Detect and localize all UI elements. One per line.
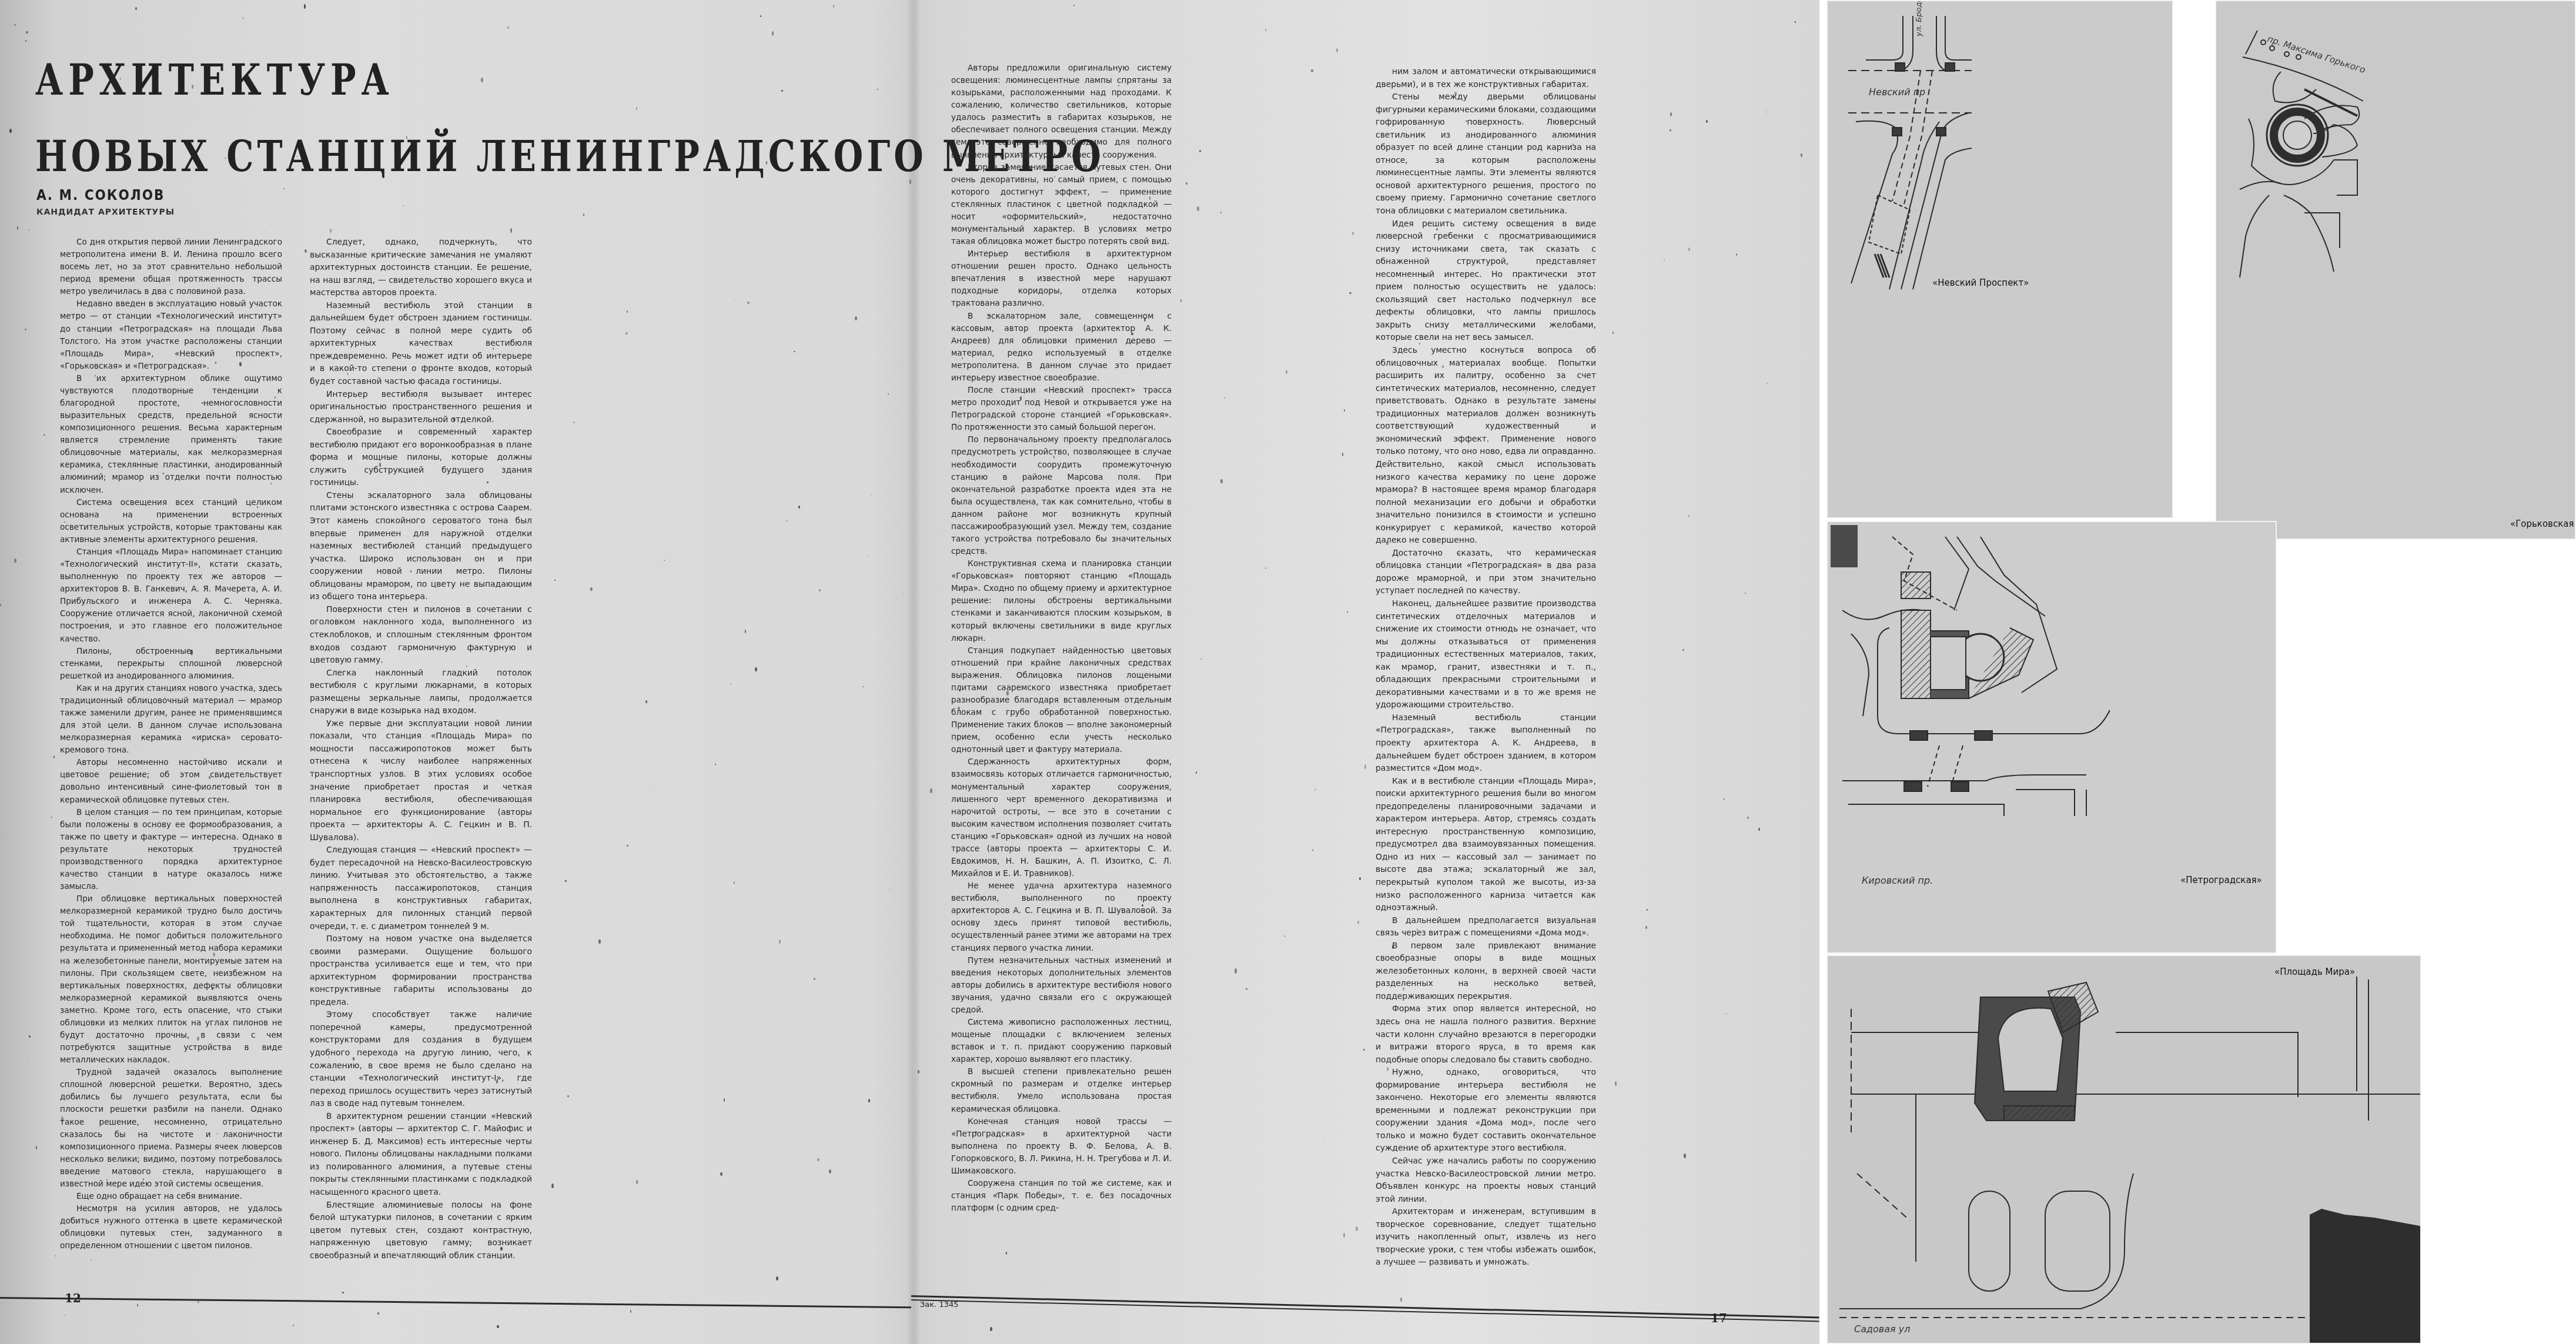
divider <box>2173 0 2215 521</box>
footer-rule-right-double <box>911 1299 1819 1322</box>
scan-speck <box>1423 273 1424 278</box>
scan-speck <box>137 1304 138 1306</box>
scan-speck <box>1647 909 1648 911</box>
scan-speck <box>798 506 800 509</box>
paragraph: Наконец, дальнейшее развитие производств… <box>1376 598 1596 712</box>
paragraph: В эскалаторном зале, совмещенном с кассо… <box>951 310 1172 385</box>
scan-speck <box>990 1327 992 1331</box>
text-column-2: Следует, однако, подчеркнуть, что высказ… <box>310 236 532 1262</box>
paragraph: При облицовке вертикальных поверхностей … <box>60 893 282 1066</box>
scan-speck <box>1344 409 1345 412</box>
scan-speck <box>1670 129 1671 131</box>
scan-speck <box>645 700 647 703</box>
scan-speck <box>755 667 757 671</box>
scan-speck <box>819 589 821 591</box>
scan-speck <box>1442 365 1443 368</box>
scan-speck <box>654 785 654 787</box>
scan-speck <box>419 397 420 400</box>
scan-speck <box>1419 343 1420 345</box>
paragraph: Сооружена станция по той же системе, как… <box>951 1178 1172 1215</box>
scan-speck <box>734 881 735 884</box>
paragraph: Поэтому на новом участке она выделяется … <box>310 933 532 1009</box>
scan-speck <box>817 1158 819 1162</box>
paragraph: Интерьер вестибюля в архитектурном отнош… <box>951 248 1172 310</box>
scan-speck <box>1311 69 1313 72</box>
scan-speck <box>1688 515 1690 518</box>
scan-speck <box>1246 988 1247 989</box>
scan-speck <box>274 396 276 399</box>
paragraph: Со дня открытия первой линии Ленинградск… <box>60 236 282 298</box>
scan-speck <box>1403 987 1404 991</box>
figure-caption-ploshchad-mira: «Площадь Мира» <box>2274 967 2355 977</box>
scan-speck <box>868 556 869 556</box>
scan-speck <box>1417 929 1418 930</box>
scan-speck <box>1615 1081 1617 1086</box>
scan-speck <box>441 700 442 701</box>
scan-speck <box>1359 877 1361 880</box>
scan-speck <box>1131 333 1133 335</box>
paragraph: Наземный вестибюль станции «Петроградска… <box>1376 712 1596 775</box>
scan-speck <box>829 1169 831 1174</box>
paragraph: Достаточно сказать, что керамическая обл… <box>1376 547 1596 598</box>
scan-speck <box>1767 383 1768 384</box>
scan-speck <box>36 1146 37 1149</box>
scan-speck <box>1736 253 1737 255</box>
scan-speck <box>1323 1141 1324 1141</box>
scan-speck <box>283 188 285 189</box>
scan-speck <box>65 1315 65 1316</box>
scan-speck <box>9 129 12 133</box>
scan-speck <box>868 1099 871 1102</box>
scan-speck <box>500 1247 502 1251</box>
scan-speck <box>1386 541 1389 545</box>
scan-speck <box>1347 611 1347 613</box>
scan-speck <box>1525 392 1527 393</box>
scan-speck <box>1664 260 1665 261</box>
scan-speck <box>1684 1154 1686 1158</box>
paragraph: Несмотря на усилия авторов, не удалось д… <box>60 1203 282 1252</box>
scan-speck <box>1726 1014 1727 1014</box>
street-label-nevsky: Невский пр <box>1869 86 1925 98</box>
scan-speck <box>1006 1252 1008 1255</box>
scan-speck <box>779 940 781 944</box>
paragraph: Наземный вестибюль этой станции в дальне… <box>310 300 532 389</box>
scan-speck <box>95 1181 96 1181</box>
scan-speck <box>1343 1233 1345 1238</box>
footer-rule-left <box>0 1297 911 1308</box>
paragraph: В высшей степени привлекательно решен ск… <box>951 1066 1172 1115</box>
scan-speck <box>197 1037 199 1041</box>
scan-speck <box>871 495 872 496</box>
scan-speck <box>889 889 890 890</box>
paragraph: Поверхности стен и пилонов в сочетании с… <box>310 604 532 667</box>
scan-speck <box>1400 1298 1402 1302</box>
paragraph: Сдержанность архитектурных форм, взаимос… <box>951 756 1172 880</box>
street-label-sadovaya: Садовая ул <box>1854 1323 1910 1335</box>
scan-speck <box>636 107 637 110</box>
scan-speck <box>406 136 408 139</box>
paragraph: Система живописно расположенных лестниц,… <box>951 1017 1172 1066</box>
scan-speck <box>776 1276 778 1281</box>
paragraph: Стены между дверьми облицованы фигурными… <box>1376 91 1596 218</box>
scan-speck <box>293 1325 294 1326</box>
scan-speck <box>1645 926 1647 929</box>
scan-speck <box>190 921 192 922</box>
scan-speck <box>162 473 165 474</box>
scan-speck <box>903 594 904 595</box>
paragraph: Нужно, однако, оговориться, что формиров… <box>1376 1066 1596 1155</box>
scan-speck <box>958 707 959 710</box>
street-label-kirovsky: Кировский пр. <box>1862 875 1933 886</box>
scan-speck <box>1395 889 1396 891</box>
scan-speck <box>29 229 29 231</box>
scan-speck <box>493 347 494 350</box>
scan-speck <box>786 520 788 521</box>
scan-speck <box>209 776 210 778</box>
paragraph: В целом станция — по тем принципам, кото… <box>60 807 282 894</box>
site-plan-gorkovskaya-icon <box>2216 1 2576 540</box>
footer-rule-right <box>911 1295 1819 1318</box>
scan-speck <box>1724 798 1725 800</box>
scan-speck <box>106 1179 107 1181</box>
scan-speck <box>1363 1049 1364 1051</box>
scan-speck <box>794 351 795 352</box>
scan-speck <box>55 1255 56 1256</box>
scan-speck <box>1451 1248 1453 1250</box>
figure-ploshchad-mira: Садовая ул «Площадь Мира» <box>1826 955 2421 1344</box>
paragraph: Конечная станция новой трассы — «Петрогр… <box>951 1116 1172 1178</box>
paragraph: Своеобразие и современный характер вести… <box>310 426 532 490</box>
scan-speck <box>1070 91 1072 93</box>
scan-speck <box>1179 347 1180 348</box>
paragraph: ним залом и автоматически открывающимися… <box>1376 66 1596 91</box>
scan-speck <box>1352 232 1354 235</box>
scan-speck <box>1670 112 1672 116</box>
scan-speck <box>91 1259 92 1261</box>
scan-speck <box>598 940 601 944</box>
scan-speck <box>1436 228 1437 231</box>
scan-speck <box>627 845 628 846</box>
scan-speck <box>1073 5 1075 6</box>
scan-speck <box>636 1180 638 1183</box>
scan-speck <box>1220 212 1222 213</box>
scan-speck <box>1199 150 1201 152</box>
scan-speck <box>814 978 815 980</box>
scan-speck <box>1682 649 1684 651</box>
scan-speck <box>1142 904 1143 907</box>
scan-speck <box>1342 453 1343 456</box>
scan-speck <box>877 89 878 89</box>
scan-speck <box>590 587 593 591</box>
scan-speck <box>453 417 454 420</box>
figure-petrogradskaya: Кировский пр. «Петроградская» <box>1826 521 2277 954</box>
scan-speck <box>1357 921 1360 924</box>
paragraph: Недавно введен в эксплуатацию новый учас… <box>60 298 282 372</box>
scan-speck <box>1117 115 1118 116</box>
street-label-brodskogo: ул. Бродского <box>1915 0 1923 36</box>
scan-speck <box>772 31 774 36</box>
scan-speck <box>1095 1126 1096 1128</box>
scan-speck <box>1336 48 1338 52</box>
scan-speck <box>1706 120 1708 123</box>
text-column-3: Авторы предложили оригинальную систему о… <box>951 62 1172 1215</box>
scan-speck <box>760 15 761 16</box>
scan-speck <box>1454 92 1457 95</box>
scan-speck <box>0 604 1 606</box>
scan-speck <box>356 444 357 446</box>
paragraph: Как и на других станциях нового участка,… <box>60 683 282 757</box>
scan-speck <box>1265 567 1266 569</box>
scan-speck <box>724 1098 725 1102</box>
scan-speck <box>270 483 272 484</box>
scan-speck <box>403 205 403 206</box>
scan-speck <box>1349 292 1351 294</box>
scan-speck <box>29 1035 31 1038</box>
scan-speck <box>1130 341 1132 343</box>
paragraph: Авторы предложили оригинальную систему о… <box>951 62 1172 162</box>
scan-speck <box>497 1325 499 1328</box>
scan-speck <box>353 1057 354 1061</box>
scan-speck <box>61 1116 63 1122</box>
scan-speck <box>1767 111 1767 113</box>
scan-speck <box>901 362 902 362</box>
paragraph: Интерьер вестибюля вызывает интерес ориг… <box>310 389 532 427</box>
paragraph: Этому способствует также наличие попереч… <box>310 1009 532 1110</box>
paragraph: Конструктивная схема и планировка станци… <box>951 558 1172 645</box>
scan-speck <box>898 155 900 158</box>
scan-speck <box>1053 456 1055 459</box>
scan-speck <box>1284 935 1285 937</box>
scan-speck <box>918 1070 920 1073</box>
scan-speck <box>1144 317 1146 322</box>
scan-speck <box>565 880 566 882</box>
scan-speck <box>507 26 510 29</box>
scan-speck <box>212 987 213 990</box>
scan-speck <box>1508 239 1509 241</box>
blank-area <box>2277 540 2576 955</box>
scan-speck <box>1312 850 1313 851</box>
scan-speck <box>1197 206 1199 211</box>
scan-speck <box>730 684 731 685</box>
paragraph: В их архитектурном облике ощутимо чувств… <box>60 373 282 497</box>
scan-speck <box>496 1079 498 1084</box>
scan-speck <box>1196 771 1197 774</box>
paragraph: Станция подкупает найденностью цветовых … <box>951 645 1172 757</box>
scan-speck <box>1118 85 1119 87</box>
site-plan-ploshchad-mira-icon <box>1828 956 2421 1344</box>
scan-speck <box>583 213 584 216</box>
scan-speck <box>1801 153 1802 156</box>
scan-speck <box>236 436 237 437</box>
scan-speck <box>862 686 864 687</box>
scan-speck <box>481 78 483 83</box>
scan-speck <box>1220 479 1223 484</box>
paragraph: В дальнейшем предполагается визуальная с… <box>1376 915 1596 940</box>
scan-speck <box>824 1015 824 1015</box>
paragraph: Слегка наклонный гладкий потолок вестибю… <box>310 667 532 718</box>
figure-caption-petrogradskaya: «Петроградская» <box>2180 875 2262 885</box>
scan-speck <box>930 788 932 793</box>
paragraph: Уже первые дни эксплуатации новой линии … <box>310 718 532 844</box>
title-line-2: НОВЫХ СТАНЦИЙ ЛЕНИНГРАДСКОГО МЕТРО <box>35 135 1105 178</box>
scan-speck <box>330 229 332 233</box>
scan-speck <box>627 310 628 313</box>
scan-speck <box>342 1292 344 1293</box>
scan-speck <box>720 1172 722 1176</box>
scan-speck <box>1745 593 1746 594</box>
scan-speck <box>625 332 628 335</box>
scan-speck <box>2 837 2 837</box>
paragraph: Как и в вестибюле станции «Площадь Мира»… <box>1376 775 1596 915</box>
paragraph: По первоначальному проекту предполагалос… <box>951 434 1172 558</box>
scan-speck <box>855 316 857 320</box>
paragraph: Система освещения всех станций целиком о… <box>60 497 282 546</box>
scan-speck <box>25 40 26 42</box>
paragraph: Идея решить систему освещения в виде люв… <box>1376 218 1596 345</box>
scan-speck <box>664 560 665 561</box>
magazine-spread: АРХИТЕКТУРА НОВЫХ СТАНЦИЙ ЛЕНИНГРАДСКОГО… <box>0 0 1819 1344</box>
paragraph: Еще одно обращает на себя внимание. <box>60 1191 282 1203</box>
paragraph: Стены эскалаторного зала облицованы плит… <box>310 490 532 604</box>
paragraph: После станции «Невский проспект» трасса … <box>951 385 1172 434</box>
scan-speck <box>1186 182 1187 184</box>
scan-speck <box>959 422 960 423</box>
scan-speck <box>747 302 749 304</box>
scan-speck <box>1315 788 1316 791</box>
scan-speck <box>14 559 16 563</box>
scan-speck <box>975 1131 977 1134</box>
figure-gorkovskaya: пр. Максима Горького «Горьковская» <box>2215 0 2576 540</box>
blank-area <box>2421 955 2576 1344</box>
scan-speck <box>1795 21 1796 24</box>
scan-speck <box>510 228 512 233</box>
paragraph: В архитектурном решении станции «Невский… <box>310 1111 532 1199</box>
scan-speck <box>1758 828 1760 831</box>
article-title: АРХИТЕКТУРА НОВЫХ СТАНЦИЙ ЛЕНИНГРАДСКОГО… <box>35 59 1105 178</box>
scan-speck <box>377 1312 379 1315</box>
scan-speck <box>25 329 26 330</box>
scan-speck <box>1225 397 1226 399</box>
scan-speck <box>1688 248 1690 251</box>
paragraph: Пилоны, обстроенные вертикальными стенка… <box>60 646 282 683</box>
scan-speck <box>135 7 137 10</box>
scan-speck <box>567 1095 568 1097</box>
scan-speck <box>735 299 736 300</box>
divider <box>1819 0 1826 1344</box>
scan-speck <box>225 158 226 159</box>
scan-speck <box>28 1061 28 1062</box>
scan-speck <box>51 817 52 818</box>
scan-speck <box>198 1299 199 1303</box>
scan-speck <box>715 764 716 765</box>
paragraph: Форма этих опор является интересной, но … <box>1376 1003 1596 1066</box>
scan-speck <box>165 697 166 698</box>
scan-speck <box>487 482 489 483</box>
scan-speck <box>305 249 307 253</box>
author-role: КАНДИДАТ АРХИТЕКТУРЫ <box>36 208 175 217</box>
scan-speck <box>14 24 16 26</box>
paragraph: Второе замечание касается путевых стен. … <box>951 162 1172 249</box>
paragraph: Следует, однако, подчеркнуть, что высказ… <box>310 236 532 300</box>
paragraph: Не менее удачна архитектура наземного ве… <box>951 880 1172 954</box>
text-column-4: ним залом и автоматически открывающимися… <box>1376 66 1596 1269</box>
scan-speck <box>1463 177 1464 178</box>
title-line-1: АРХИТЕКТУРА <box>35 59 1105 102</box>
scan-speck <box>1265 29 1266 32</box>
paragraph: Трудной задачей оказалось выполнение спл… <box>60 1066 282 1191</box>
page-seam <box>908 0 919 1344</box>
scan-speck <box>270 225 270 226</box>
scan-speck <box>993 443 995 444</box>
site-plan-petrogradskaya-icon <box>1828 522 2277 954</box>
scan-speck <box>190 650 193 655</box>
scan-speck <box>1235 968 1237 974</box>
scan-speck <box>1356 1226 1358 1231</box>
paragraph: Следующая станция — «Невский проспект» —… <box>310 844 532 933</box>
scan-speck <box>574 422 574 423</box>
scan-speck <box>243 17 243 19</box>
order-number: Зак. 1345 <box>920 1300 959 1309</box>
scan-speck <box>1200 658 1202 660</box>
figure-caption-gorkovskaya: «Горьковская» <box>2510 519 2576 529</box>
scan-speck <box>192 85 193 88</box>
scan-speck <box>1466 121 1468 122</box>
scan-speck <box>26 31 28 34</box>
scan-speck <box>988 315 989 316</box>
scan-speck <box>745 630 746 633</box>
scan-speck <box>554 580 555 581</box>
scan-speck <box>1747 817 1749 819</box>
scan-speck <box>304 4 306 9</box>
scan-speck <box>466 666 467 667</box>
paragraph: Блестящие алюминиевые полосы на фоне бел… <box>310 1199 532 1263</box>
scan-speck <box>53 755 55 758</box>
page-number-left: 12 <box>65 1291 81 1305</box>
scan-speck <box>1612 332 1614 334</box>
page-number-right: 17 <box>1711 1311 1727 1325</box>
paragraph: Авторы несомненно настойчиво искали и цв… <box>60 757 282 806</box>
scan-speck <box>239 362 241 366</box>
figure-caption-nevsky: «Невский Проспект» <box>1932 278 2029 288</box>
scan-speck <box>630 1310 631 1313</box>
scan-speck <box>406 1222 406 1222</box>
paragraph: Станция «Площадь Мира» напоминает станци… <box>60 546 282 646</box>
scan-speck <box>551 1183 554 1188</box>
scan-speck <box>447 561 449 562</box>
scan-speck <box>1458 553 1460 554</box>
scan-speck <box>17 226 18 230</box>
figure-nevsky-prospekt: Невский пр ул. Бродского «Невский Проспе… <box>1826 0 2173 519</box>
scan-speck <box>1364 764 1367 770</box>
paragraph: В первом зале привлекают внимание своеоб… <box>1376 940 1596 1004</box>
scan-speck <box>1286 370 1287 374</box>
paragraph: Здесь уместно коснуться вопроса об облиц… <box>1376 345 1596 547</box>
site-plan-nevsky-icon <box>1828 1 2173 519</box>
scan-speck <box>866 880 867 881</box>
paragraph: Архитекторам и инженерам, вступившим в т… <box>1376 1206 1596 1269</box>
paragraph: Путем незначительных частных изменений и… <box>951 955 1172 1017</box>
scan-speck <box>1366 467 1366 467</box>
scan-speck <box>1180 299 1182 302</box>
scan-speck <box>962 357 963 359</box>
text-column-1: Со дня открытия первой линии Ленинградск… <box>60 236 282 1252</box>
paragraph: Сейчас уже начались работы по сооружению… <box>1376 1155 1596 1206</box>
scan-speck <box>833 5 834 8</box>
scan-speck <box>1508 226 1510 227</box>
scan-speck <box>44 434 45 436</box>
author-name: А. М. СОКОЛОВ <box>36 187 165 203</box>
scan-speck <box>888 393 889 394</box>
